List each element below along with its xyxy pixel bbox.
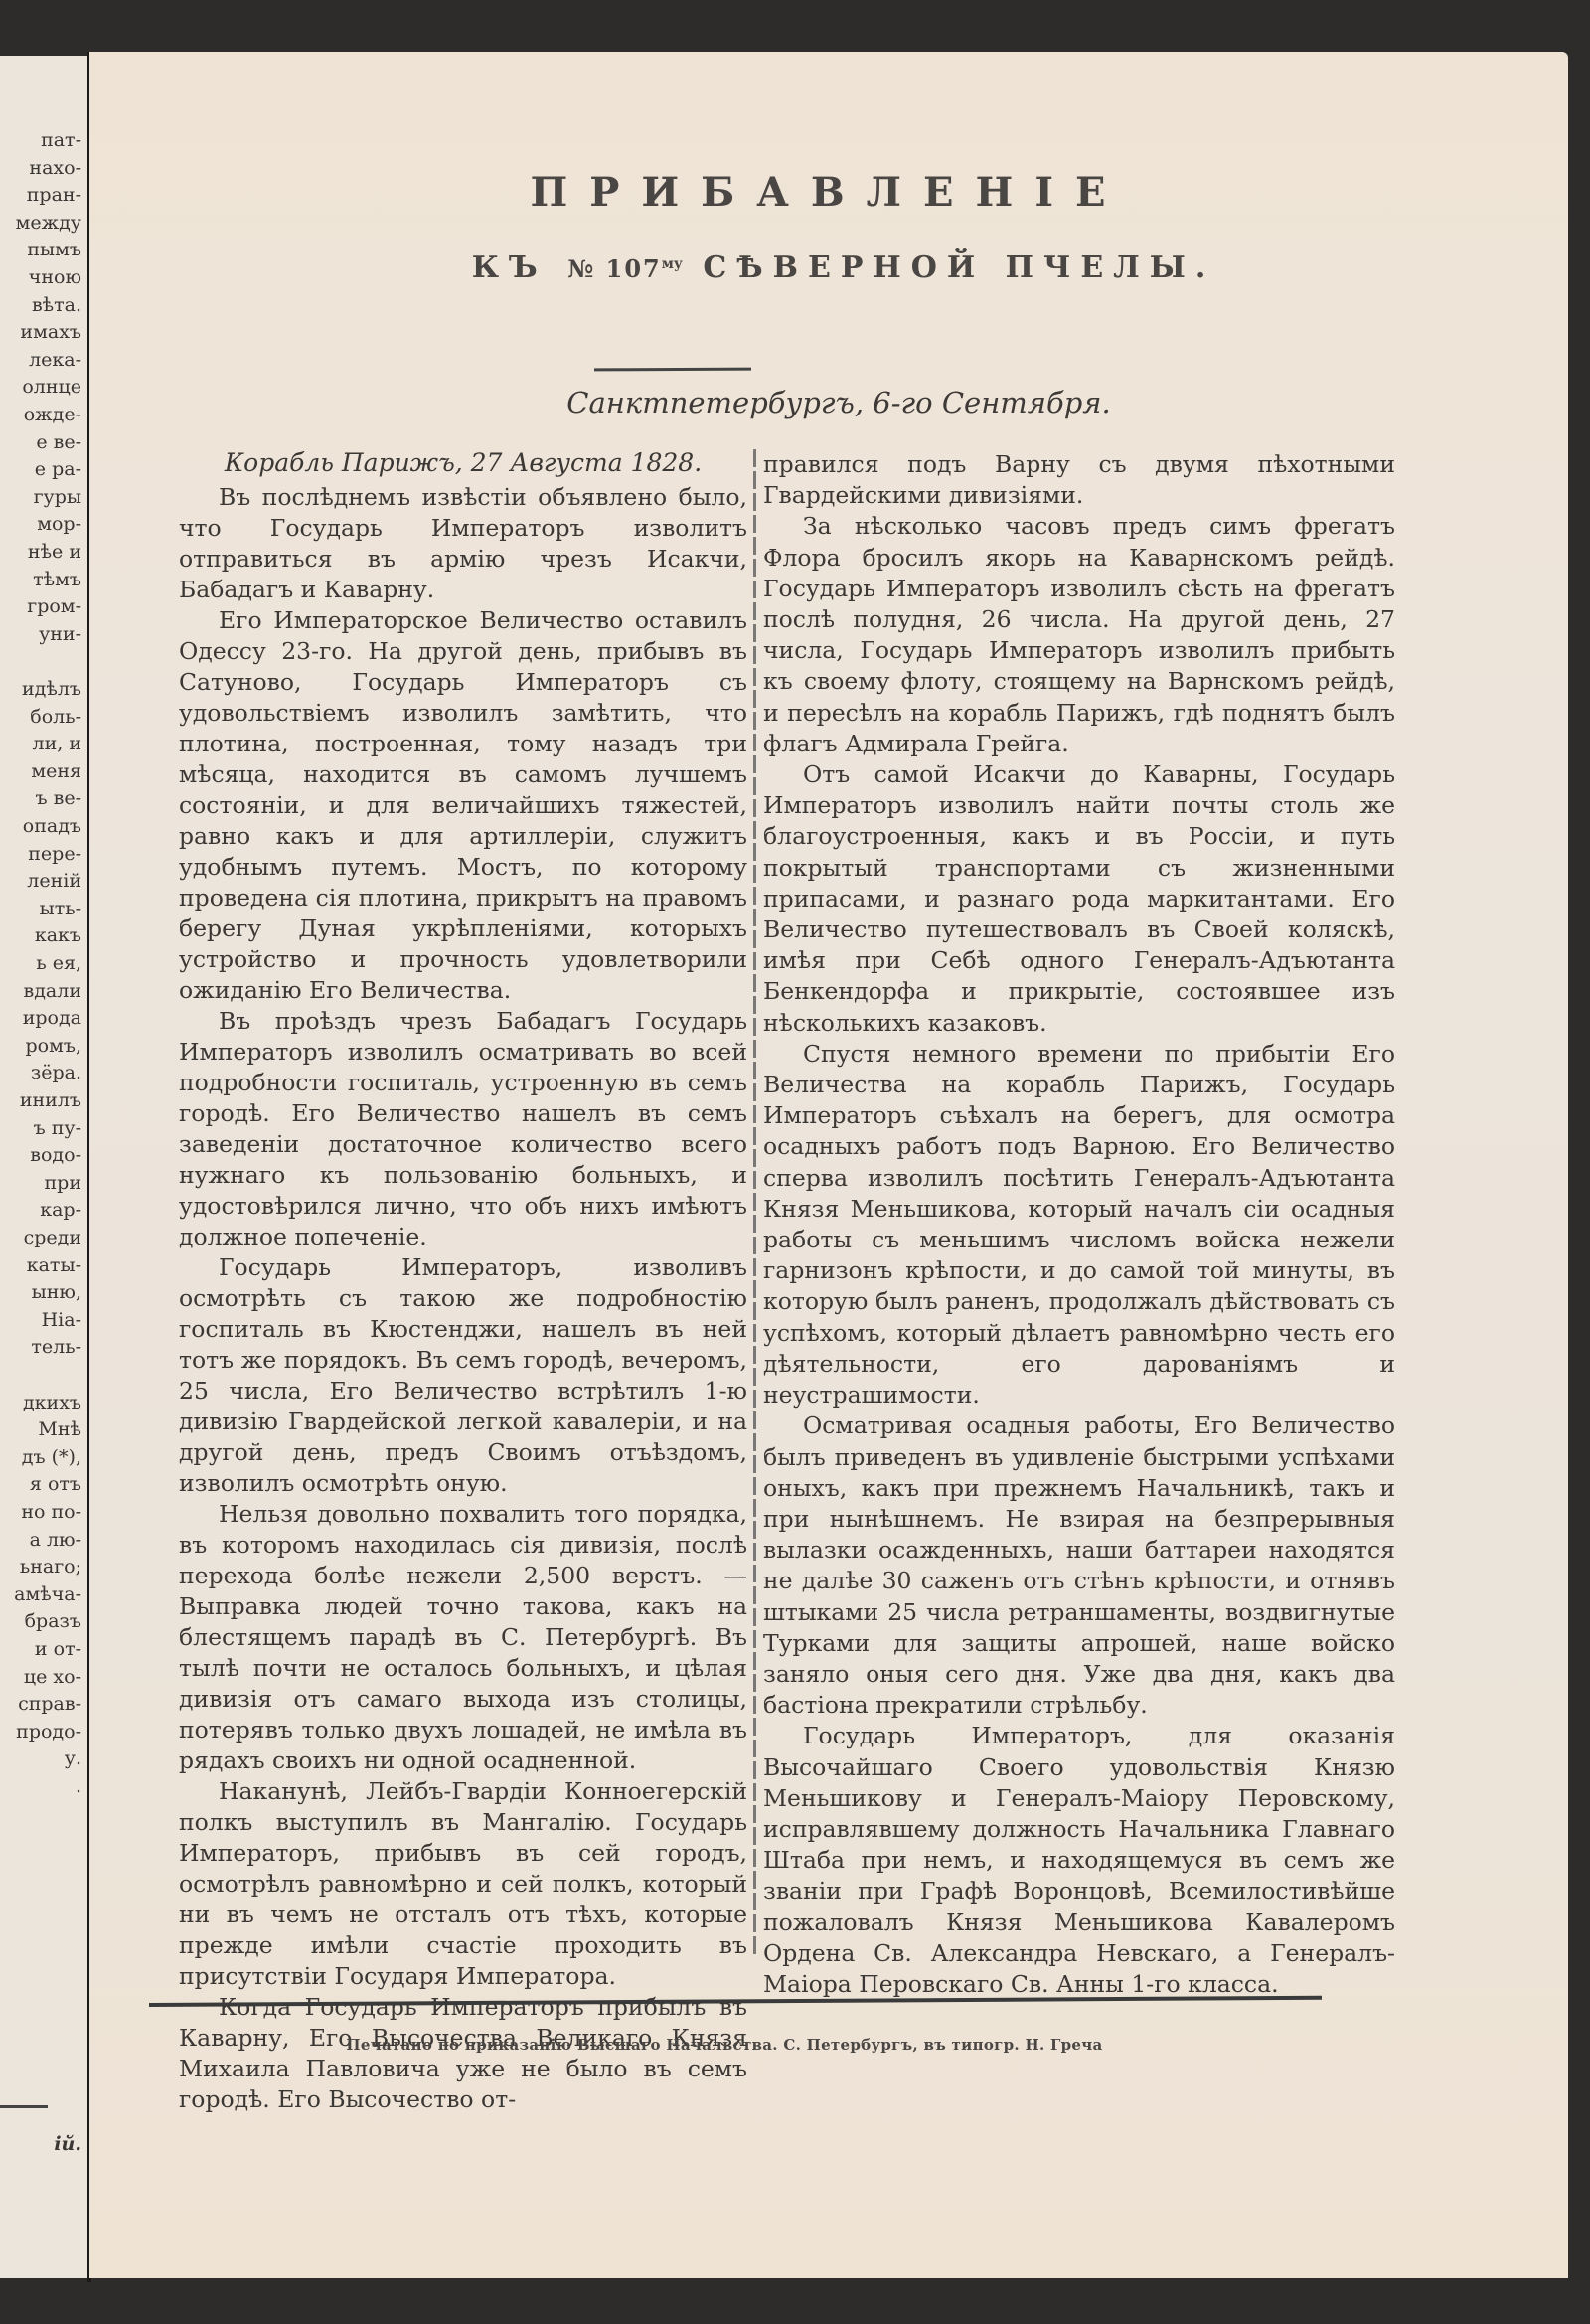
dateline: Санктпетербургъ, 6-го Сентября. (89, 386, 1568, 419)
previous-page-text-fragment: бразъ (25, 1612, 81, 1631)
previous-page-text-fragment: вдали (24, 982, 81, 1001)
article-paragraph: Когда Государь Императоръ прибылъ въ Кав… (179, 1992, 747, 2115)
previous-page-text-fragment: ирода (23, 1009, 81, 1028)
previous-page-text-fragment: среди (24, 1229, 81, 1247)
supplement-title: ПРИБАВЛЕНIЕ (89, 169, 1568, 216)
previous-page-text-fragment: и от- (35, 1640, 81, 1659)
previous-page-footer-fragment: ій. (54, 2135, 81, 2154)
previous-page-text-fragment: нѣе и (28, 543, 81, 562)
article-paragraph: Въ послѣднемъ извѣстiи объявлено было, ч… (179, 482, 747, 605)
previous-page-text-fragment: ли, и (33, 735, 81, 753)
previous-page-text-fragment: меня (31, 762, 81, 781)
article-paragraph: Государь Императоръ, изволивъ осмотрѣть … (179, 1252, 747, 1499)
previous-page-text-fragment: каты- (27, 1256, 81, 1275)
previous-page-text-fragment: гуры (34, 488, 81, 507)
left-column: Корабль Парижъ, 27 Августа 1828. Въ посл… (179, 447, 747, 2115)
previous-page-text-fragment: идѣлъ (22, 680, 81, 699)
previous-page-text-fragment: между (16, 214, 81, 233)
previous-page-text-fragment: ыть- (40, 900, 81, 918)
previous-page-text-fragment: имахъ (20, 323, 81, 342)
column-divider (751, 449, 759, 1958)
previous-page-text-fragment: е ра- (35, 460, 81, 479)
previous-page-text-fragment: Мнѣ (38, 1420, 81, 1439)
subtitle-prefix: КЪ (472, 250, 548, 285)
previous-page-text-fragment: гром- (27, 597, 81, 616)
issue-subtitle: КЪ № 107му СѢВЕРНОЙ ПЧЕЛЫ. (89, 250, 1568, 285)
article-paragraph: Наканунѣ, Лейбъ-Гвардiи Конноегерскiй по… (179, 1776, 747, 1992)
right-column: правился подъ Варну съ двумя пѣхотными Г… (763, 449, 1395, 2000)
previous-page-text-fragment: водо- (30, 1146, 81, 1165)
previous-page-text-fragment: справ- (18, 1695, 81, 1714)
previous-page-text-fragment: ь ея, (36, 954, 81, 973)
previous-page-text-fragment: пере- (28, 845, 81, 864)
previous-page-text-fragment: при (45, 1174, 82, 1193)
previous-page-text-fragment: у. (65, 1749, 81, 1768)
previous-page-text-fragment: олнце (22, 378, 81, 397)
newspaper-page: ПРИБАВЛЕНIЕ КЪ № 107му СѢВЕРНОЙ ПЧЕЛЫ. С… (89, 52, 1568, 2278)
previous-page-text-fragment: вѣта. (32, 296, 81, 315)
previous-page-text-fragment: лека- (29, 351, 81, 370)
article-paragraph: Его Императорское Величество оставилъ Од… (179, 605, 747, 1006)
previous-page-text-fragment: ожде- (24, 406, 81, 424)
newspaper-name: СѢВЕРНОЙ ПЧЕЛЫ. (703, 250, 1215, 285)
previous-page-text-fragment: инилъ (20, 1091, 81, 1110)
article-paragraph: Нельзя довольно похвалить того порядка, … (179, 1499, 747, 1776)
previous-page-text-fragment: какъ (35, 926, 81, 945)
previous-page-text-fragment: пран- (27, 186, 81, 205)
header-divider (594, 368, 751, 372)
previous-page-text-fragment: ъ пу- (34, 1119, 81, 1138)
article-paragraph: Отъ самой Исакчи до Каварны, Государь Им… (763, 759, 1395, 1039)
previous-page-text-fragment: пымъ (27, 241, 81, 259)
previous-page-text-fragment: ыню, (32, 1283, 81, 1302)
previous-page-text-fragment: нахо- (29, 159, 81, 178)
previous-page-text-fragment: тель- (31, 1338, 81, 1357)
previous-page-text-fragment: опадъ (23, 817, 81, 836)
previous-page-text-fragment: Ніа- (42, 1311, 81, 1330)
article-paragraph: Государь Императоръ, для оказанiя Высоча… (763, 1721, 1395, 2000)
article-paragraph: За нѣсколько часовъ предъ симъ фрегатъ Ф… (763, 511, 1395, 759)
printer-imprint: Печатано по приказанiю Высшаго Начальств… (89, 2036, 1568, 2054)
previous-page-text-fragment: тѣмъ (33, 571, 81, 589)
previous-page-text-fragment: амѣча- (14, 1585, 81, 1604)
previous-page-text-fragment: ъ ве- (36, 789, 82, 808)
previous-page-text-fragment: мор- (37, 515, 81, 534)
previous-page-text-fragment: ьнаго; (20, 1558, 81, 1577)
previous-page-edge: пат-нахо-пран-междупымъчноювѣта.имахълек… (0, 56, 89, 2278)
previous-page-text-fragment: кар- (40, 1201, 81, 1220)
previous-page-text-fragment: продо- (16, 1723, 81, 1742)
previous-page-text-fragment: пат- (41, 131, 81, 150)
previous-page-text-fragment: це хо- (24, 1668, 81, 1687)
previous-page-text-fragment: уни- (39, 625, 81, 644)
article-continuation: правился подъ Варну съ двумя пѣхотными Г… (763, 449, 1395, 511)
previous-page-text-fragment: чною (29, 268, 81, 287)
previous-page-text-fragment: зёра. (31, 1064, 81, 1082)
previous-page-text-fragment: дкихъ (23, 1394, 81, 1412)
previous-page-text-fragment: дъ (*), (22, 1448, 81, 1467)
previous-page-text-fragment: боль- (30, 708, 81, 727)
place-date-heading: Корабль Парижъ, 27 Августа 1828. (179, 447, 747, 478)
issue-number: № 107му (567, 254, 683, 283)
previous-page-text-fragment: е ве- (36, 433, 81, 452)
previous-page-text-fragment: . (76, 1777, 81, 1796)
previous-page-text-fragment: но по- (21, 1503, 81, 1522)
previous-page-text-fragment: леній (27, 872, 81, 891)
article-paragraph: Въ проѣздъ чрезъ Бабадагъ Государь Импер… (179, 1006, 747, 1252)
previous-page-text-fragment: ромъ, (25, 1037, 81, 1056)
article-paragraph: Спустя немного времени по прибытiи Его В… (763, 1039, 1395, 1411)
article-paragraph: Осматривая осадныя работы, Его Величеств… (763, 1411, 1395, 1721)
previous-page-text-fragment: а лю- (30, 1531, 81, 1550)
previous-page-text-fragment: я отъ (30, 1475, 81, 1494)
previous-page-rule (0, 2105, 48, 2108)
